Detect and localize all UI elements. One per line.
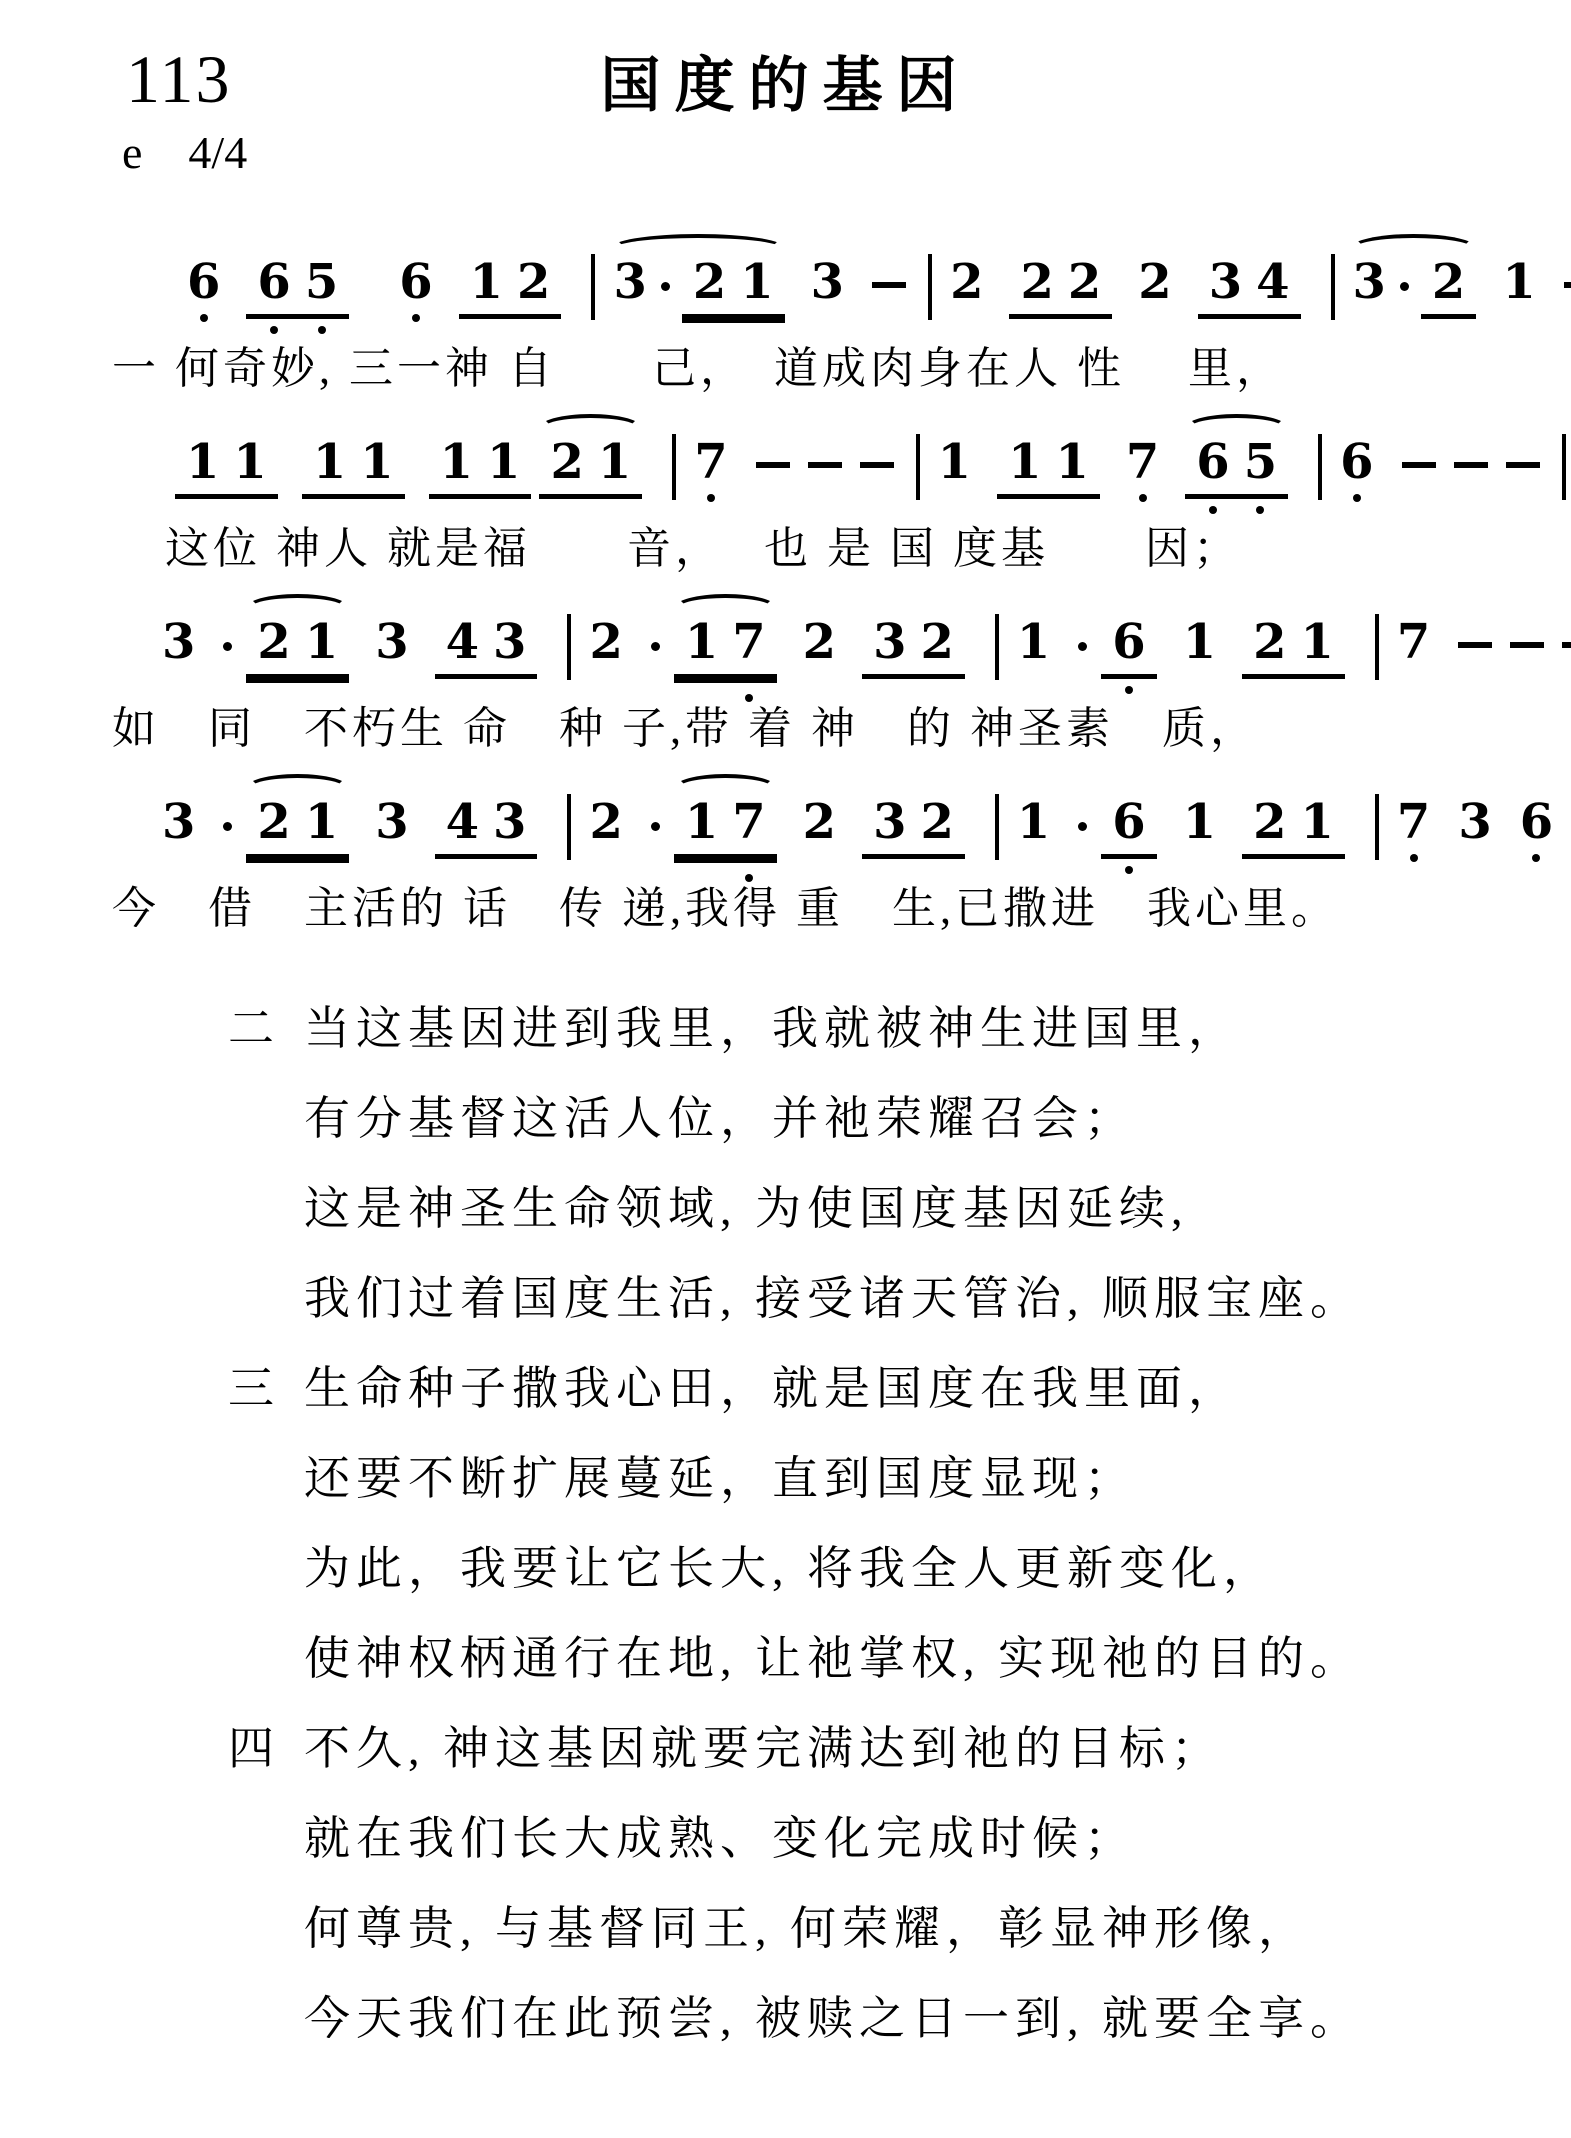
- lyric-line: 今 借 主活的 话 传 递,我得 重 生,已撒进 我心里。: [112, 872, 1339, 936]
- verse-text: 使神权柄通行在地, 让祂掌权, 实现祂的目的。: [304, 1622, 1362, 1688]
- note: 1: [1299, 618, 1336, 666]
- beam-group: 22: [1009, 258, 1112, 319]
- note: 2: [801, 798, 838, 846]
- verse-text: 不久, 神这基因就要完满达到祂的目标；: [304, 1712, 1223, 1778]
- verse-text: 今天我们在此预尝, 被赎之日一到, 就要全享。: [304, 1982, 1362, 2048]
- beam-group: 21: [246, 798, 349, 859]
- beam-group: 32: [862, 618, 965, 679]
- dash-note: [1510, 642, 1544, 648]
- note: 1: [311, 438, 348, 486]
- dash-note: [1402, 462, 1436, 468]
- note: 7: [1395, 618, 1432, 666]
- note: 1: [683, 798, 720, 846]
- dash-note: [872, 282, 906, 288]
- note: 1: [1006, 438, 1043, 486]
- dash-note: [1454, 462, 1488, 468]
- note: 1: [438, 438, 475, 486]
- barline: [567, 794, 571, 860]
- music-score: 6656123213222234321一 何奇妙, 三一神 自 己， 道成肉身在…: [0, 228, 1571, 948]
- lyric-line: 如 同 不朽生 命 种 子,带 着 神 的 神圣素 质，: [112, 692, 1258, 756]
- verse-text: 为此，我要让它长大, 将我全人更新变化，: [304, 1532, 1275, 1598]
- note: 2: [1136, 258, 1173, 306]
- note: 2: [1251, 618, 1288, 666]
- verse-line: 四不久, 神这基因就要完满达到祂的目标；: [0, 1700, 1571, 1790]
- verse-line: 今天我们在此预尝, 被赎之日一到, 就要全享。: [0, 1970, 1571, 2060]
- note: 1: [1015, 618, 1052, 666]
- staff-line: 1111112171117656这位 神人 就是福 音， 也 是 国 度基 因；: [0, 408, 1571, 588]
- note: 6: [1110, 798, 1147, 846]
- note: 1: [738, 258, 775, 306]
- dash-note: [860, 462, 894, 468]
- note: 6: [255, 258, 292, 306]
- verses-section: 二当这基因进到我里，我就被神生进国里，有分基督这活人位，并祂荣耀召会；这是神圣生…: [0, 980, 1571, 2060]
- note: 3: [1207, 258, 1244, 306]
- beam-group: 32: [862, 798, 965, 859]
- note: 2: [1066, 258, 1103, 306]
- note: 2: [1430, 258, 1467, 306]
- beam-group: 21: [1242, 798, 1345, 859]
- barline: [672, 434, 676, 500]
- note: 1: [936, 438, 973, 486]
- note: 4: [1254, 258, 1291, 306]
- tie-cluster: 21: [246, 618, 349, 679]
- verse-text: 当这基因进到我里，我就被神生进国里，: [304, 992, 1240, 1058]
- verse-text: 生命种子撒我心田，就是国度在我里面，: [304, 1352, 1240, 1418]
- augmentation-dot-icon: [223, 642, 232, 651]
- note: 2: [587, 798, 624, 846]
- note: 3: [373, 798, 410, 846]
- barline: [916, 434, 920, 500]
- dash-note: [1564, 282, 1571, 288]
- note: 1: [1299, 798, 1336, 846]
- note: 2: [515, 258, 552, 306]
- tie-cluster: 21: [539, 438, 642, 499]
- verse-line: 使神权柄通行在地, 让祂掌权, 实现祂的目的。: [0, 1610, 1571, 1700]
- note: 1: [1500, 258, 1537, 306]
- note: 3: [809, 258, 846, 306]
- tie-cluster: 65: [1185, 438, 1288, 499]
- note: 7: [1124, 438, 1161, 486]
- verse-line: 为此，我要让它长大, 将我全人更新变化，: [0, 1520, 1571, 1610]
- augmentation-dot-icon: [651, 822, 660, 831]
- note: 6: [397, 258, 434, 306]
- barline: [995, 794, 999, 860]
- key-signature: e4/4: [122, 126, 247, 179]
- lyric-line: 一 何奇妙, 三一神 自 己， 道成肉身在人 性 里，: [112, 332, 1284, 396]
- augmentation-dot-icon: [661, 282, 670, 291]
- beam-group: 21: [1242, 618, 1345, 679]
- note: 2: [1018, 258, 1055, 306]
- verse-line: 就在我们长大成熟、变化完成时候；: [0, 1790, 1571, 1880]
- verse-line: 三生命种子撒我心田，就是国度在我里面，: [0, 1340, 1571, 1430]
- note: 3: [160, 618, 197, 666]
- beam-group: 21: [246, 618, 349, 679]
- beam-group: 11: [302, 438, 405, 499]
- beam-group: 17: [674, 798, 777, 859]
- beam-group: 43: [435, 798, 538, 859]
- time-signature: 4/4: [188, 127, 247, 178]
- note: 1: [303, 798, 340, 846]
- verse-line: 有分基督这活人位，并祂荣耀召会；: [0, 1070, 1571, 1160]
- dash-note: [756, 462, 790, 468]
- beam-group: 65: [246, 258, 349, 319]
- note: 3: [373, 618, 410, 666]
- note: 1: [1015, 798, 1052, 846]
- note: 1: [231, 438, 268, 486]
- note: 2: [918, 798, 955, 846]
- verse-text: 这是神圣生命领域, 为使国度基因延续,: [304, 1172, 1189, 1238]
- beam-group: 34: [1198, 258, 1301, 319]
- barline: [1318, 434, 1322, 500]
- dash-note: [1562, 642, 1571, 648]
- barline: [567, 614, 571, 680]
- beam-group: 43: [435, 618, 538, 679]
- verse-text: 何尊贵, 与基督同王, 何荣耀，彰显神形像，: [304, 1892, 1310, 1958]
- note: 6: [1110, 618, 1147, 666]
- augmentation-dot-icon: [223, 822, 232, 831]
- tie-cluster: 17: [674, 618, 777, 679]
- verse-line: 何尊贵, 与基督同王, 何荣耀，彰显神形像，: [0, 1880, 1571, 1970]
- verse-text: 还要不断扩展蔓延，直到国度显现；: [304, 1442, 1136, 1508]
- note: 1: [184, 438, 221, 486]
- verse-text: 我们过着国度生活, 接受诸天管治, 顺服宝座。: [304, 1262, 1362, 1328]
- note: 7: [692, 438, 729, 486]
- note: 1: [1181, 618, 1218, 666]
- beam-group: 6: [1101, 618, 1156, 679]
- note: 4: [444, 618, 481, 666]
- note: 2: [948, 258, 985, 306]
- beam-group: 65: [1185, 438, 1288, 499]
- hymn-sheet-page: 113 国度的基因 e4/4 6656123213222234321一 何奇妙,…: [0, 0, 1571, 2138]
- verse-number: 二: [228, 992, 304, 1058]
- barline: [1331, 254, 1335, 320]
- barline: [928, 254, 932, 320]
- staff-line: 6656123213222234321一 何奇妙, 三一神 自 己， 道成肉身在…: [0, 228, 1571, 408]
- barline: [995, 614, 999, 680]
- note: 2: [587, 618, 624, 666]
- note: 3: [491, 618, 528, 666]
- staff-line: 32134321723216121736今 借 主活的 话 传 递,我得 重 生…: [0, 768, 1571, 948]
- augmentation-dot-icon: [651, 642, 660, 651]
- beam-group: 17: [674, 618, 777, 679]
- augmentation-dot-icon: [1400, 282, 1409, 291]
- note: 3: [1456, 798, 1493, 846]
- note: 2: [691, 258, 728, 306]
- tie-cluster: 32: [1351, 258, 1477, 319]
- tie-cluster: 321: [611, 258, 784, 319]
- note: 4: [444, 798, 481, 846]
- note: 2: [1251, 798, 1288, 846]
- note: 3: [871, 618, 908, 666]
- note: 2: [801, 618, 838, 666]
- beam-group: 2: [1421, 258, 1476, 319]
- verse-line: 二当这基因进到我里，我就被神生进国里，: [0, 980, 1571, 1070]
- dash-note: [1458, 642, 1492, 648]
- note: 2: [255, 798, 292, 846]
- beam-group: 21: [539, 438, 642, 499]
- note: 2: [255, 618, 292, 666]
- note: 6: [1194, 438, 1231, 486]
- barline: [1375, 614, 1379, 680]
- note: 3: [491, 798, 528, 846]
- note: 7: [730, 798, 767, 846]
- note: 1: [358, 438, 395, 486]
- tie-cluster: 21: [246, 798, 349, 859]
- key-label: e: [122, 127, 142, 178]
- page-title: 国度的基因: [0, 38, 1571, 124]
- beam-group: 11: [175, 438, 278, 499]
- note: 1: [1053, 438, 1090, 486]
- note: 1: [303, 618, 340, 666]
- verse-line: 我们过着国度生活, 接受诸天管治, 顺服宝座。: [0, 1250, 1571, 1340]
- note: 3: [1351, 258, 1388, 306]
- music-notation-line: 1111112171117656: [175, 438, 1571, 500]
- verse-text: 有分基督这活人位，并祂荣耀召会；: [304, 1082, 1136, 1148]
- note: 5: [303, 258, 340, 306]
- barline: [591, 254, 595, 320]
- augmentation-dot-icon: [1078, 642, 1087, 651]
- lyric-line: 这位 神人 就是福 音， 也 是 国 度基 因；: [165, 512, 1241, 576]
- note: 7: [730, 618, 767, 666]
- verse-line: 这是神圣生命领域, 为使国度基因延续,: [0, 1160, 1571, 1250]
- note: 1: [683, 618, 720, 666]
- note: 6: [185, 258, 222, 306]
- note: 3: [611, 258, 648, 306]
- note: 6: [1518, 798, 1555, 846]
- note: 7: [1395, 798, 1432, 846]
- beam-group: 11: [997, 438, 1100, 499]
- note: 1: [485, 438, 522, 486]
- verse-text: 就在我们长大成熟、变化完成时候；: [304, 1802, 1136, 1868]
- verse-line: 还要不断扩展蔓延，直到国度显现；: [0, 1430, 1571, 1520]
- note: 3: [160, 798, 197, 846]
- beam-group: 6: [1101, 798, 1156, 859]
- note: 6: [1338, 438, 1375, 486]
- dash-note: [1506, 462, 1540, 468]
- verse-number: 三: [228, 1352, 304, 1418]
- note: 1: [1181, 798, 1218, 846]
- beam-group: 21: [682, 258, 785, 319]
- music-notation-line: 6656123213222234321: [185, 258, 1571, 320]
- music-notation-line: 321343217232161217: [160, 618, 1571, 680]
- verse-number: 四: [228, 1712, 304, 1778]
- beam-group: 12: [459, 258, 562, 319]
- augmentation-dot-icon: [1078, 822, 1087, 831]
- tie-cluster: 17: [674, 798, 777, 859]
- note: 1: [468, 258, 505, 306]
- staff-line: 321343217232161217如 同 不朽生 命 种 子,带 着 神 的 …: [0, 588, 1571, 768]
- dash-note: [808, 462, 842, 468]
- beam-group: 11: [429, 438, 532, 499]
- note: 1: [596, 438, 633, 486]
- music-notation-line: 32134321723216121736: [160, 798, 1571, 860]
- barline: [1562, 434, 1566, 500]
- note: 2: [918, 618, 955, 666]
- barline: [1375, 794, 1379, 860]
- note: 5: [1242, 438, 1279, 486]
- note: 2: [548, 438, 585, 486]
- note: 3: [871, 798, 908, 846]
